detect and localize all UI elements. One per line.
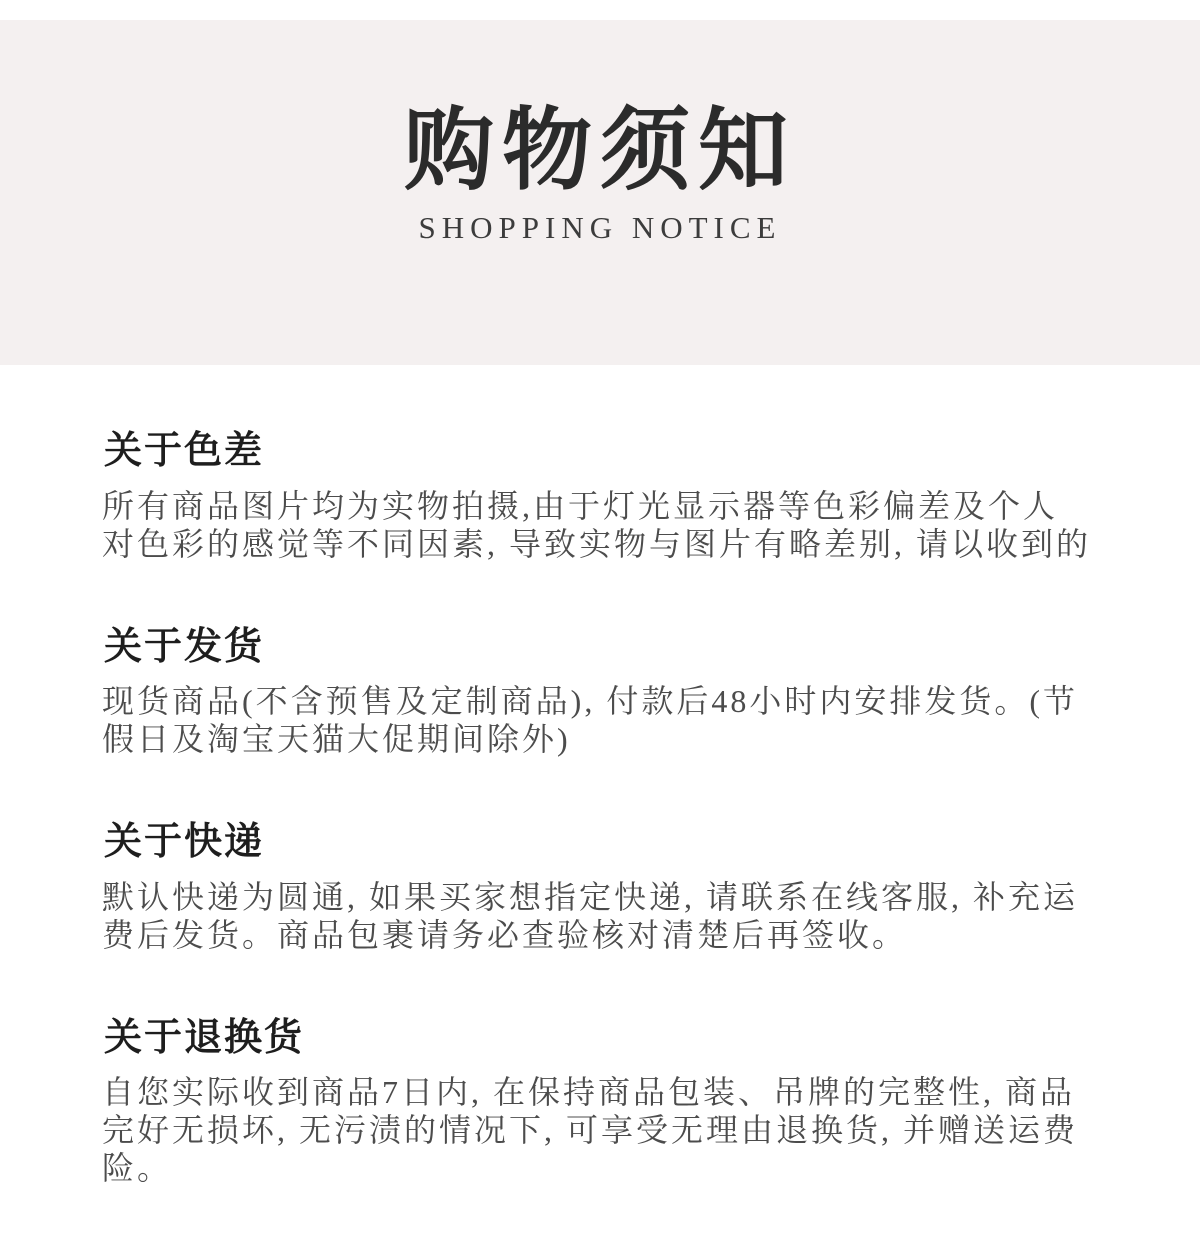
page-title: 购物须知 [0, 106, 1200, 196]
section-color-difference: 关于色差 所有商品图片均为实物拍摄,由于灯光显示器等色彩偏差及个人 对色彩的感觉… [102, 429, 1140, 563]
section-body-line: 险。 [102, 1149, 1140, 1187]
section-body-line: 对色彩的感觉等不同因素, 导致实物与图片有略差别, 请以收到的 [102, 525, 1140, 563]
section-body-line: 完好无损坏, 无污渍的情况下, 可享受无理由退换货, 并赠送运费 [102, 1111, 1140, 1149]
section-heading-express-delivery: 关于快递 [104, 820, 1140, 866]
section-heading-returns: 关于退换货 [104, 1016, 1140, 1062]
section-heading-shipping: 关于发货 [104, 625, 1140, 671]
section-body-line: 自您实际收到商品7日内, 在保持商品包装、吊牌的完整性, 商品 [102, 1073, 1140, 1111]
section-body-line: 所有商品图片均为实物拍摄,由于灯光显示器等色彩偏差及个人 [102, 487, 1140, 525]
top-margin-strip [0, 0, 1200, 20]
section-body-line: 默认快递为圆通, 如果买家想指定快递, 请联系在线客服, 补充运 [102, 878, 1140, 916]
page-subtitle: SHOPPING NOTICE [0, 212, 1200, 243]
section-body-line: 费后发货。商品包裹请务必查验核对清楚后再签收。 [102, 916, 1140, 954]
section-body-line: 假日及淘宝天猫大促期间除外) [102, 720, 1140, 758]
section-heading-color-difference: 关于色差 [104, 429, 1140, 475]
section-body-line: 现货商品(不含预售及定制商品), 付款后48小时内安排发货。(节 [102, 682, 1140, 720]
section-returns: 关于退换货 自您实际收到商品7日内, 在保持商品包装、吊牌的完整性, 商品 完好… [102, 1016, 1140, 1188]
section-shipping: 关于发货 现货商品(不含预售及定制商品), 付款后48小时内安排发货。(节 假日… [102, 625, 1140, 759]
section-express-delivery: 关于快递 默认快递为圆通, 如果买家想指定快递, 请联系在线客服, 补充运 费后… [102, 820, 1140, 954]
header-banner: 购物须知 SHOPPING NOTICE [0, 20, 1200, 365]
notice-content: 关于色差 所有商品图片均为实物拍摄,由于灯光显示器等色彩偏差及个人 对色彩的感觉… [0, 429, 1200, 1187]
